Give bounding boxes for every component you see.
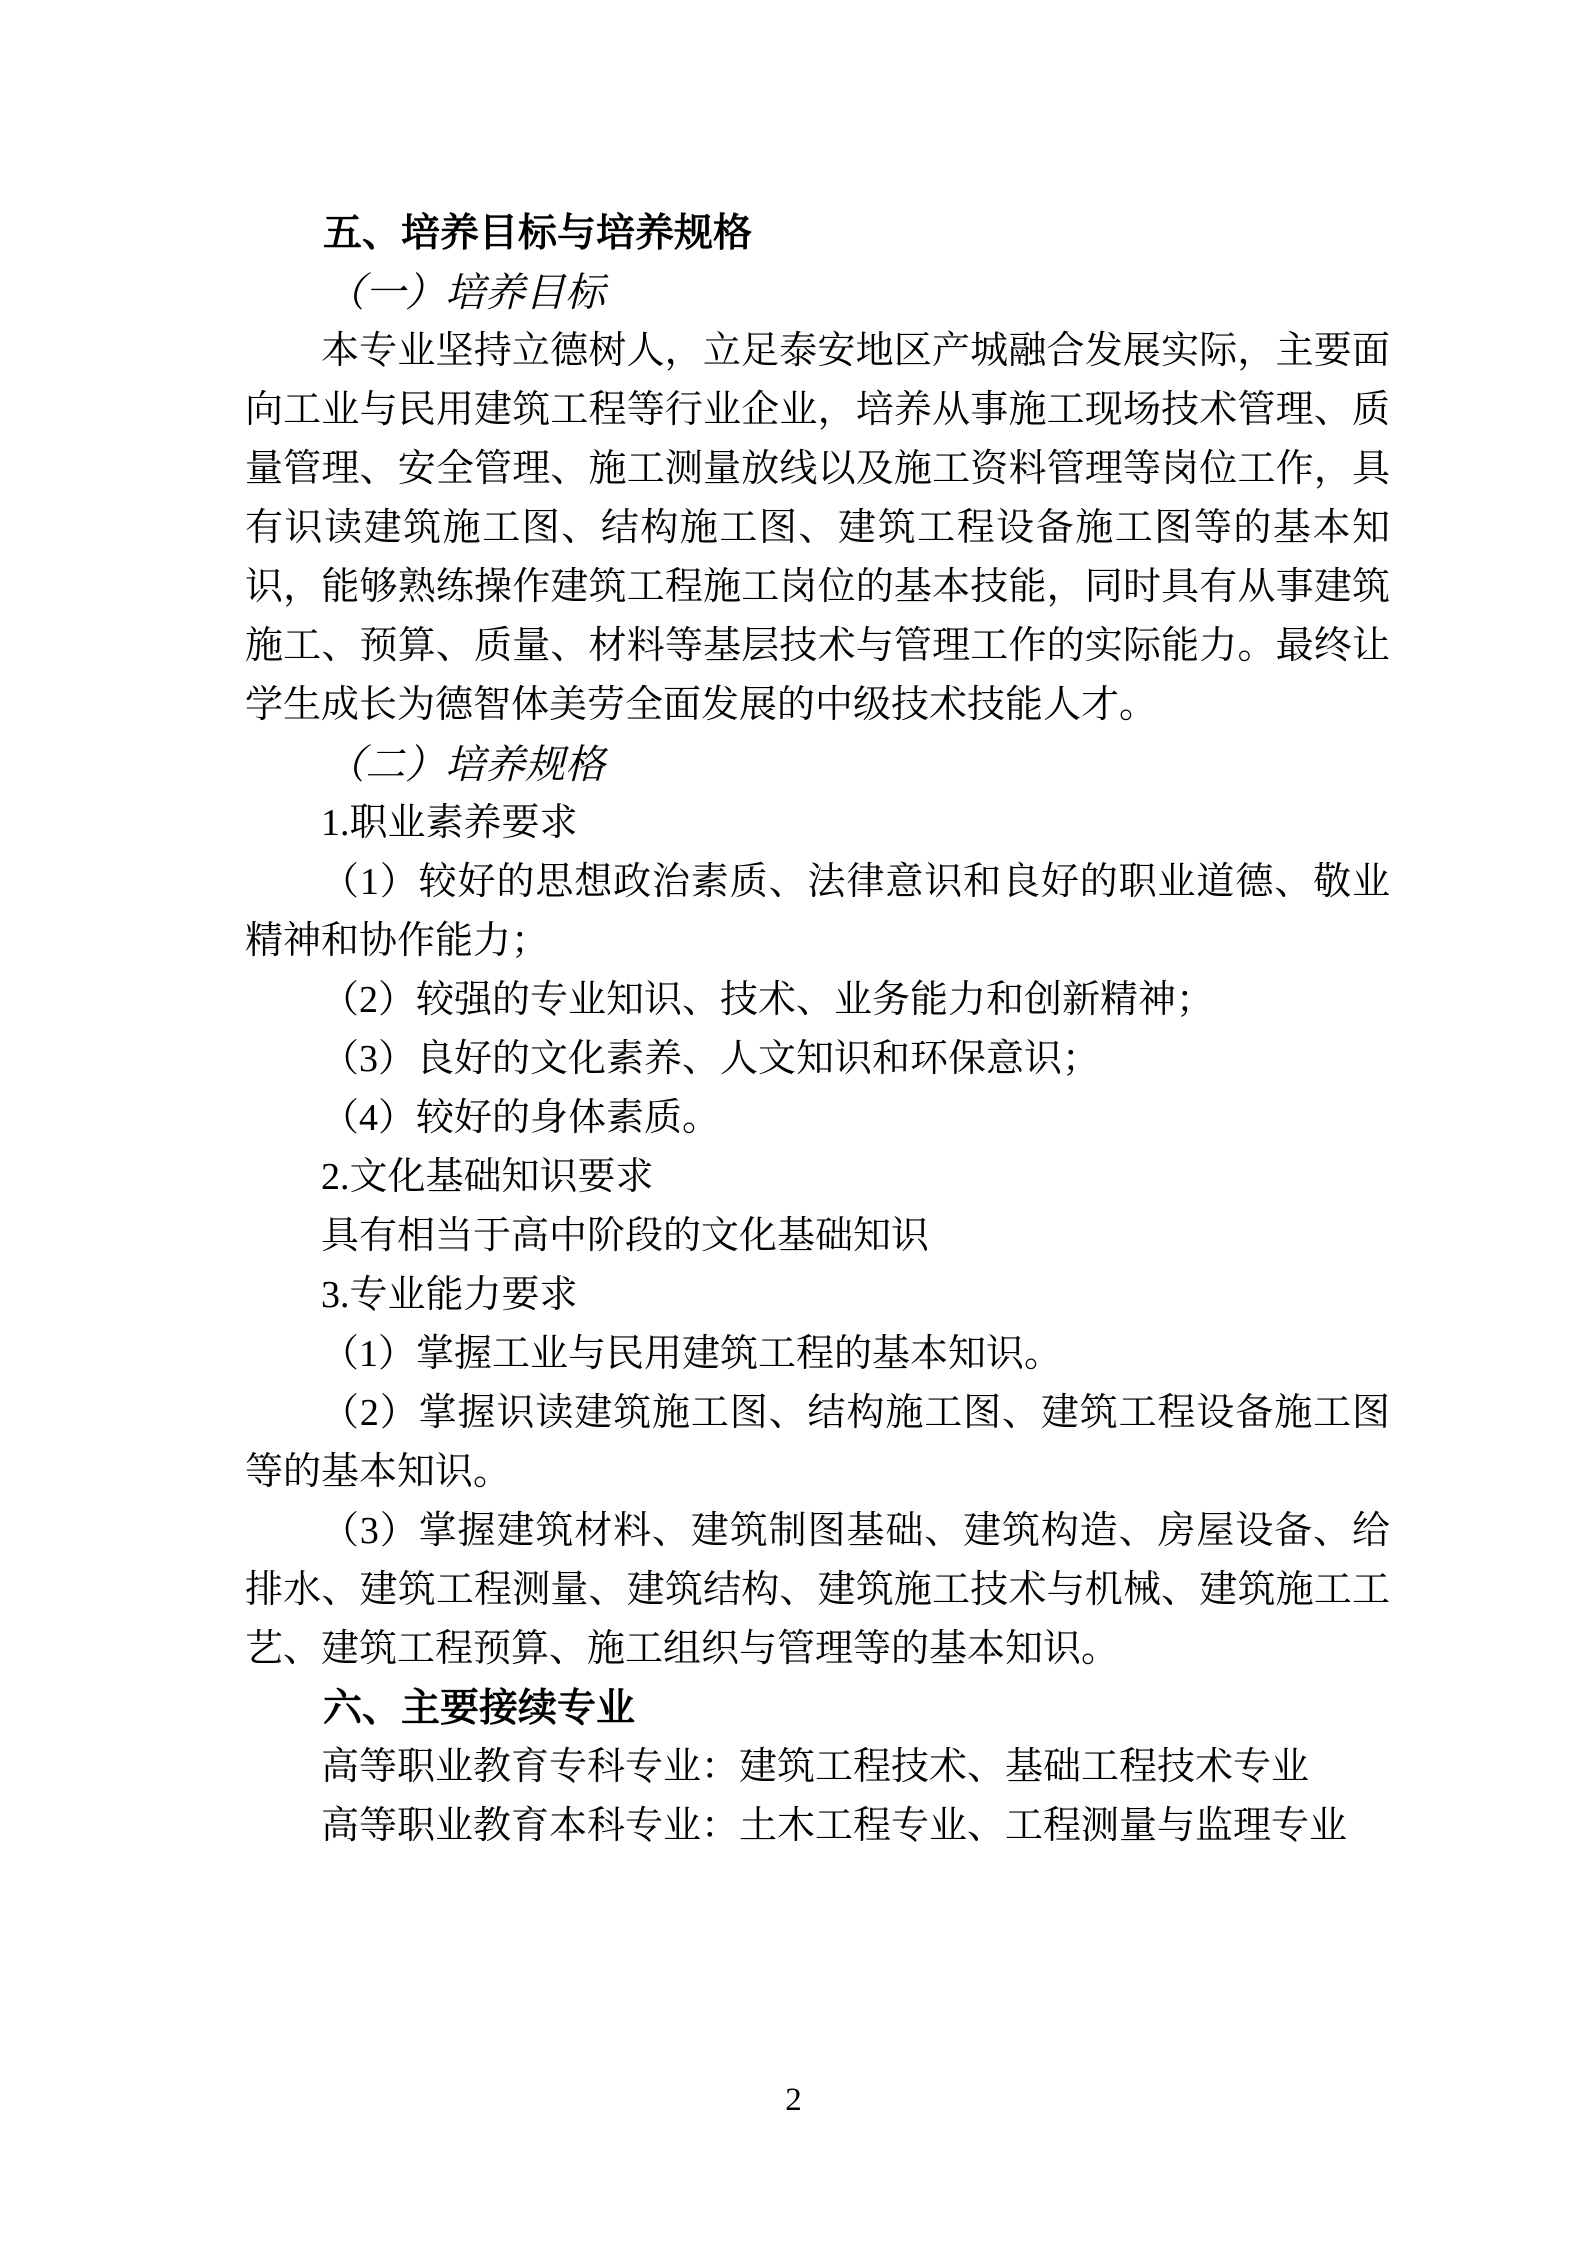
subheading-training-specs: （二）培养规格	[245, 735, 1390, 794]
heading-section-five: 五、培养目标与培养规格	[245, 204, 1390, 263]
subheading-training-objectives: （一）培养目标	[245, 263, 1390, 322]
item-quality-4: （4）较好的身体素质。	[245, 1089, 1390, 1148]
item-cultural-knowledge: 2.文化基础知识要求	[245, 1148, 1390, 1207]
item-professional-ability: 3.专业能力要求	[245, 1266, 1390, 1325]
paragraph-training-objectives: 本专业坚持立德树人，立足泰安地区产城融合发展实际，主要面向工业与民用建筑工程等行…	[245, 322, 1390, 735]
item-quality-3: （3）良好的文化素养、人文知识和环保意识；	[245, 1030, 1390, 1089]
item-quality-2: （2）较强的专业知识、技术、业务能力和创新精神；	[245, 971, 1390, 1030]
document-content: 五、培养目标与培养规格 （一）培养目标 本专业坚持立德树人，立足泰安地区产城融合…	[245, 204, 1390, 1856]
para-cultural-knowledge: 具有相当于高中阶段的文化基础知识	[245, 1207, 1390, 1266]
item-ability-3: （3）掌握建筑材料、建筑制图基础、建筑构造、房屋设备、给排水、建筑工程测量、建筑…	[245, 1502, 1390, 1679]
item-quality-1: （1）较好的思想政治素质、法律意识和良好的职业道德、敬业精神和协作能力；	[245, 853, 1390, 971]
para-undergraduate-majors: 高等职业教育本科专业：土木工程专业、工程测量与监理专业	[245, 1797, 1390, 1856]
item-ability-2: （2）掌握识读建筑施工图、结构施工图、建筑工程设备施工图等的基本知识。	[245, 1384, 1390, 1502]
item-professional-quality: 1.职业素养要求	[245, 794, 1390, 853]
document-page: 五、培养目标与培养规格 （一）培养目标 本专业坚持立德树人，立足泰安地区产城融合…	[0, 0, 1587, 2245]
heading-section-six: 六、主要接续专业	[245, 1679, 1390, 1738]
page-number: 2	[0, 2080, 1587, 2120]
item-ability-1: （1）掌握工业与民用建筑工程的基本知识。	[245, 1325, 1390, 1384]
para-college-majors: 高等职业教育专科专业：建筑工程技术、基础工程技术专业	[245, 1738, 1390, 1797]
